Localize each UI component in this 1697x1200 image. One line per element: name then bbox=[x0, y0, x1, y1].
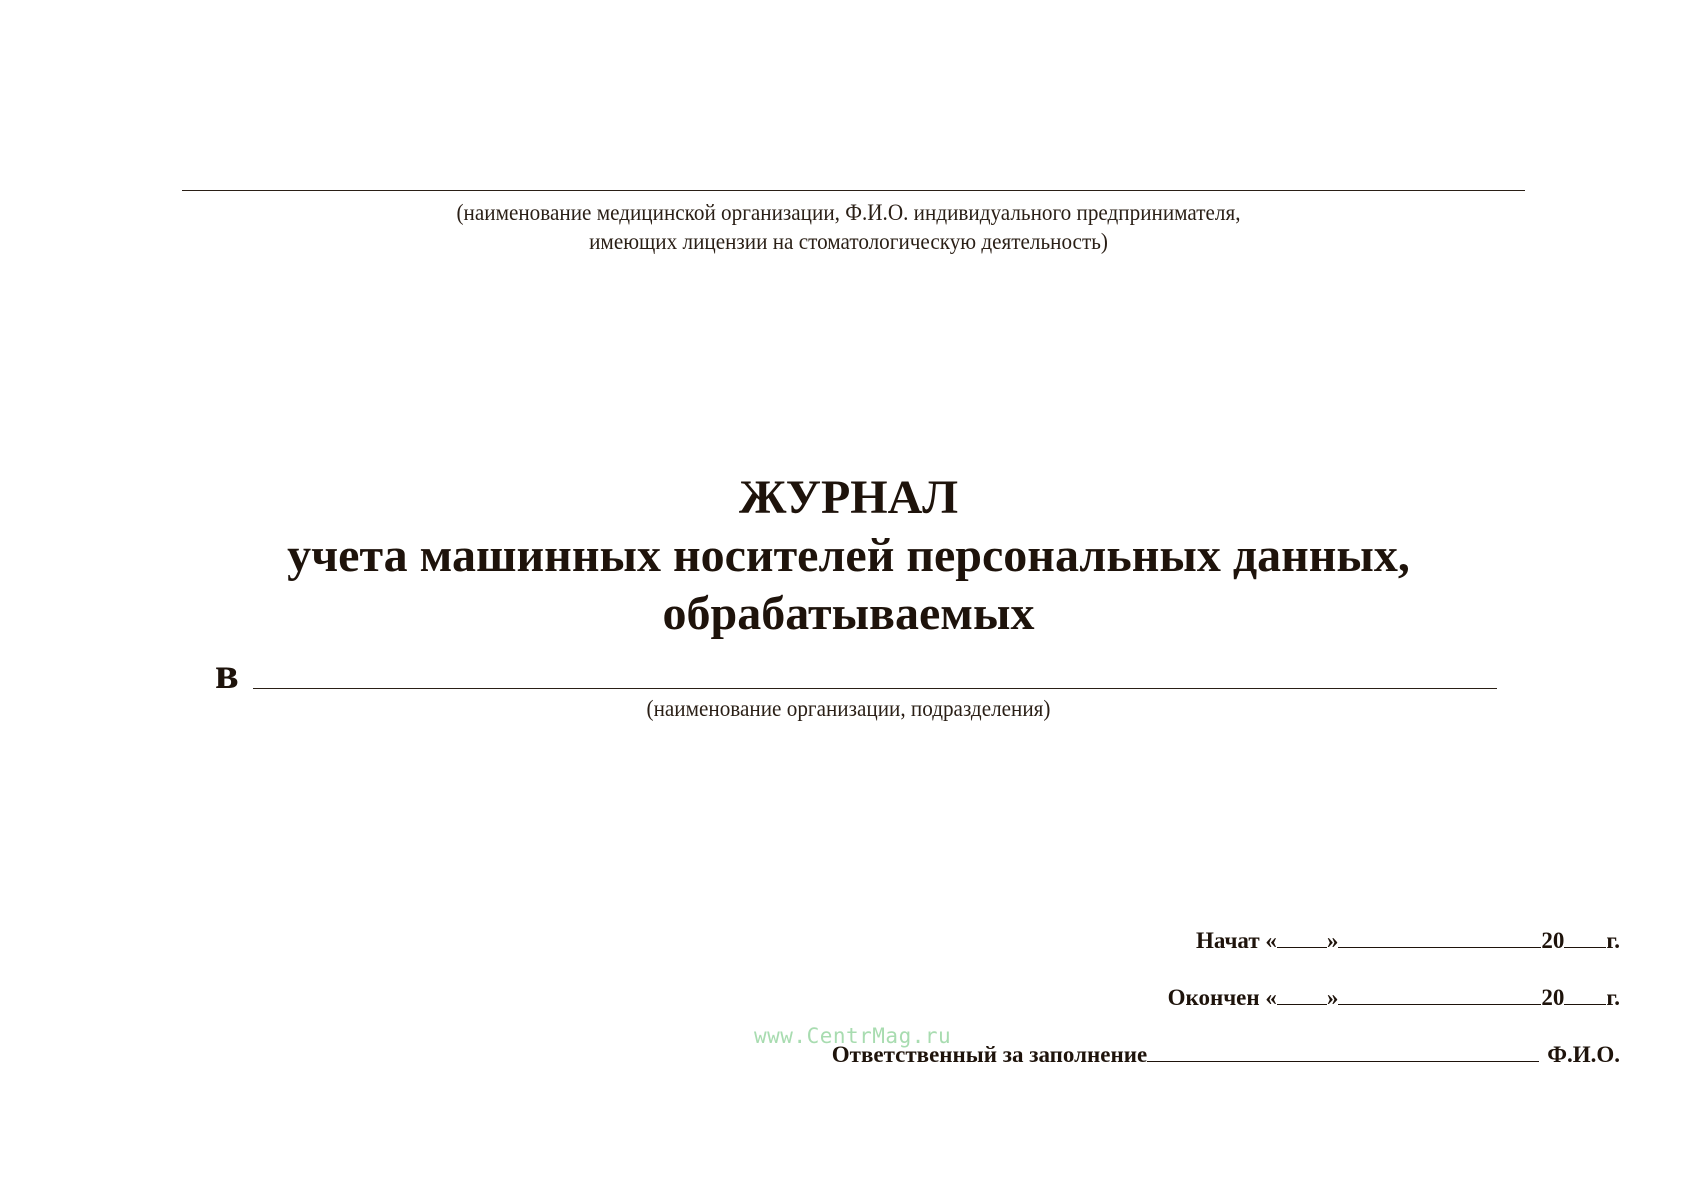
started-label: Начат « bbox=[1196, 928, 1277, 953]
journal-subtitle-line1: учета машинных носителей персональных да… bbox=[0, 528, 1697, 583]
organization-name-line bbox=[182, 190, 1525, 191]
started-year-suffix: г. bbox=[1606, 928, 1620, 953]
organization-division-line[interactable] bbox=[253, 688, 1497, 689]
started-row: Начат «»20г. bbox=[1196, 928, 1620, 954]
responsible-name-field[interactable] bbox=[1147, 1043, 1539, 1062]
ended-label: Окончен « bbox=[1168, 985, 1277, 1010]
started-quote-close: » bbox=[1327, 928, 1339, 953]
journal-subtitle-line2: обрабатываемых bbox=[0, 586, 1697, 641]
responsible-row: Ответственный за заполнениеФ.И.О. bbox=[832, 1042, 1620, 1068]
ended-year-prefix: 20 bbox=[1541, 985, 1564, 1010]
ended-year-field[interactable] bbox=[1564, 986, 1606, 1005]
journal-title: ЖУРНАЛ bbox=[0, 470, 1697, 525]
ended-day-field[interactable] bbox=[1277, 986, 1327, 1005]
started-day-field[interactable] bbox=[1277, 929, 1327, 948]
started-year-field[interactable] bbox=[1564, 929, 1606, 948]
ended-year-suffix: г. bbox=[1606, 985, 1620, 1010]
responsible-suffix: Ф.И.О. bbox=[1547, 1042, 1620, 1067]
ended-month-field[interactable] bbox=[1338, 986, 1541, 1005]
started-year-prefix: 20 bbox=[1541, 928, 1564, 953]
organization-division-caption: (наименование организации, подразделения… bbox=[68, 696, 1629, 722]
started-month-field[interactable] bbox=[1338, 929, 1541, 948]
ended-quote-close: » bbox=[1327, 985, 1339, 1010]
ended-row: Окончен «»20г. bbox=[1168, 985, 1620, 1011]
organization-prefix: в bbox=[215, 648, 239, 699]
responsible-label: Ответственный за заполнение bbox=[832, 1042, 1147, 1067]
organization-caption-line1: (наименование медицинской организации, Ф… bbox=[68, 200, 1629, 226]
organization-caption-line2: имеющих лицензии на стоматологическую де… bbox=[68, 229, 1629, 255]
